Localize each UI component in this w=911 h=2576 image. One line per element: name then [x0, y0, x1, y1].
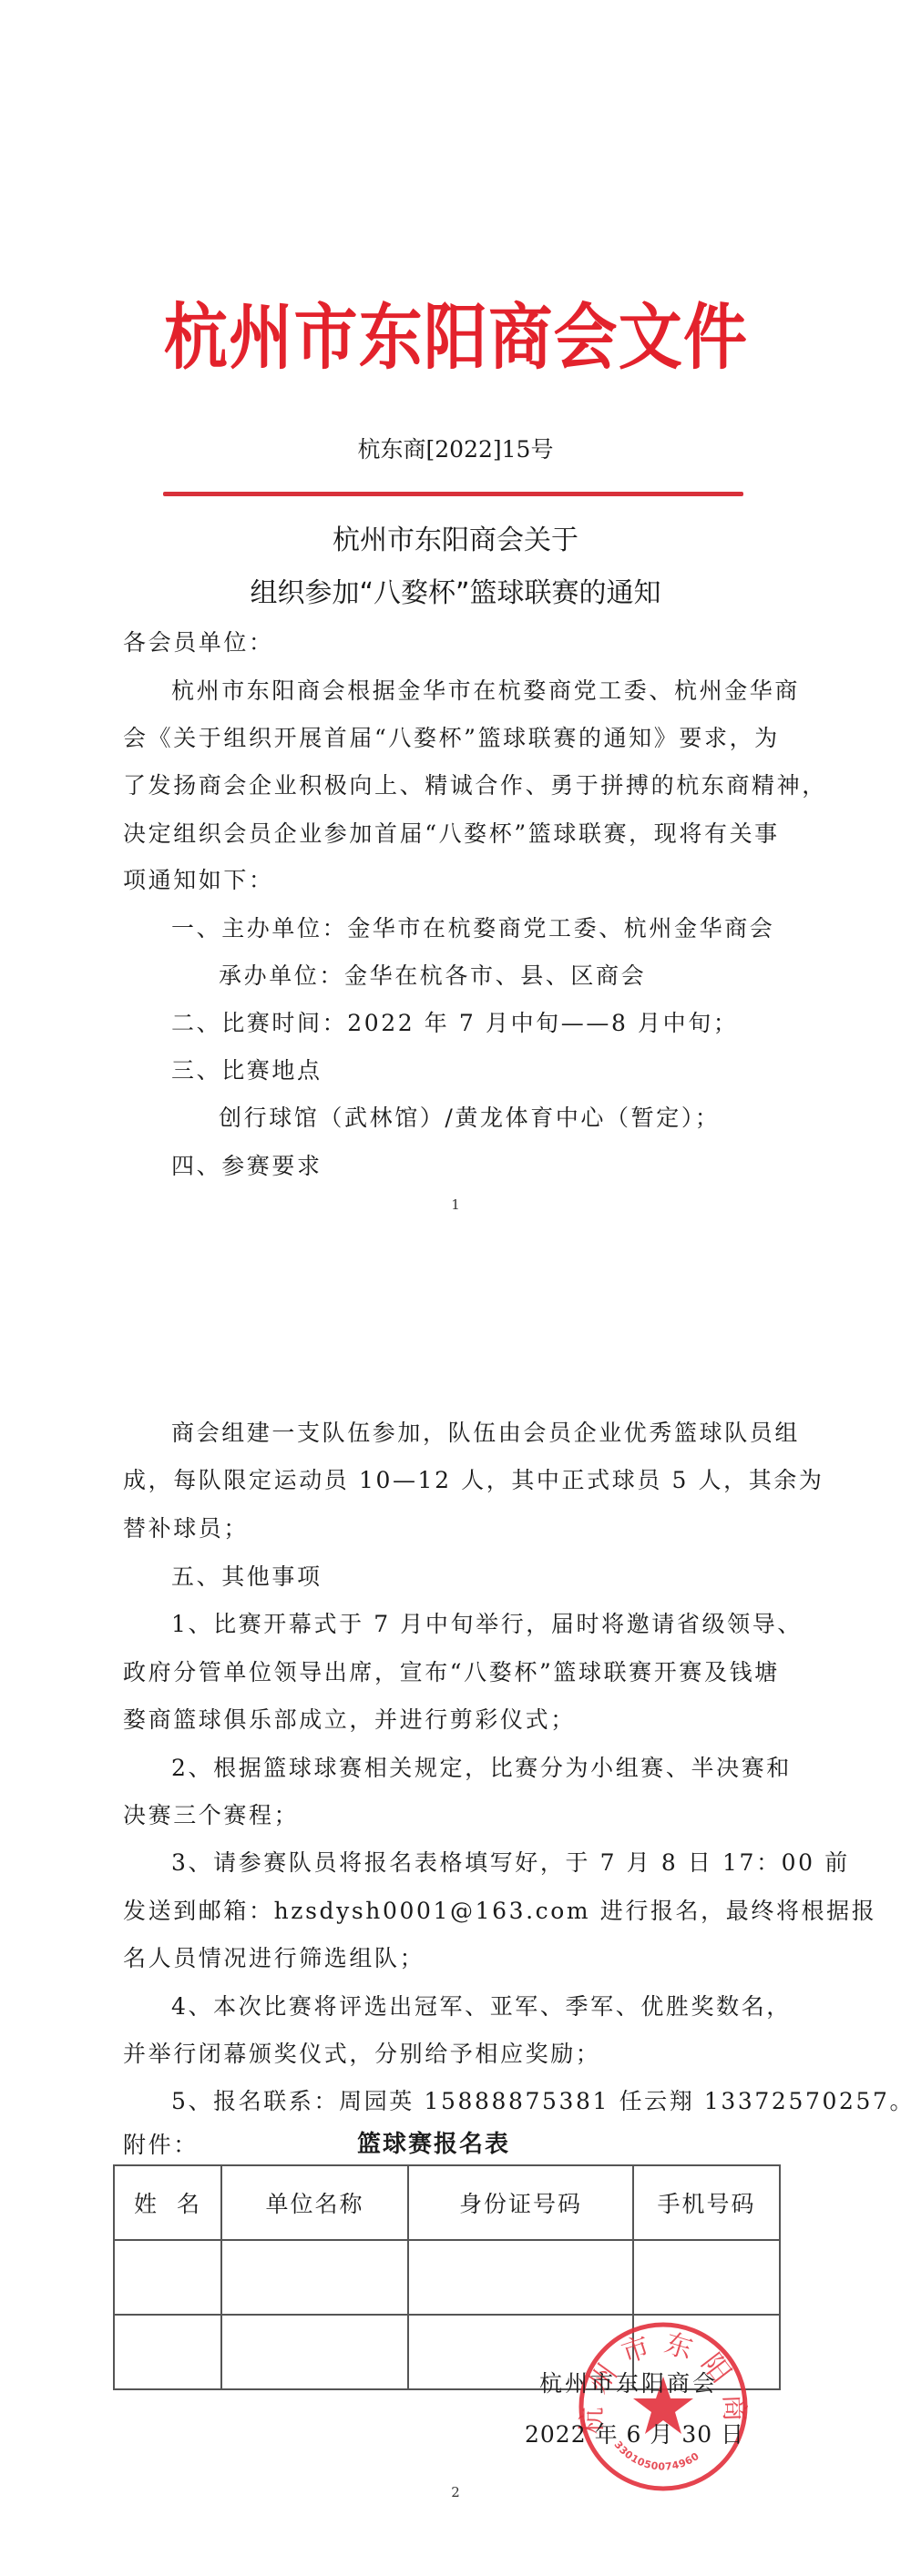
item-organizer: 承办单位：金华在杭各市、县、区商会 [219, 958, 646, 991]
item-time: 二、比赛时间：2022 年 7 月中旬——8 月中旬； [171, 1005, 738, 1038]
letterhead-char: 商 [488, 280, 552, 382]
other-line: 发送到邮箱：hzsdysh0001@163.com 进行报名，最终将根据报 [123, 1893, 876, 1926]
other-line: 婺商篮球俱乐部成立，并进行剪彩仪式； [123, 1702, 576, 1735]
table-cell-id-number[interactable] [408, 2240, 633, 2315]
letterhead-char: 州 [229, 280, 292, 382]
red-divider [163, 492, 743, 496]
attachment-label: 附件： [123, 2127, 199, 2160]
table-cell-name[interactable] [114, 2240, 221, 2315]
item-venue-heading: 三、比赛地点 [171, 1053, 322, 1085]
table-cell-unit[interactable] [221, 2315, 408, 2389]
salutation: 各会员单位： [123, 625, 274, 657]
letterhead-char: 市 [294, 280, 358, 382]
intro-line: 会《关于组织开展首届“八婺杯”篮球联赛的通知》要求，为 [123, 720, 780, 753]
other-line: 3、请参赛队员将报名表格填写好，于 7 月 8 日 17：00 前 [171, 1845, 850, 1878]
requirement-line: 成，每队限定运动员 10—12 人，其中正式球员 5 人，其余为 [123, 1462, 824, 1495]
other-line: 决赛三个赛程； [123, 1797, 299, 1830]
contact-line: 5、报名联系：周园英 15888875381 任云翔 13372570257。 [171, 2083, 911, 2116]
letterhead-char: 阳 [424, 280, 487, 382]
attachment-title: 篮球赛报名表 [357, 2125, 510, 2159]
letterhead-char: 件 [683, 280, 747, 382]
page-number: 1 [0, 1196, 911, 1213]
table-row [114, 2240, 780, 2315]
intro-line: 了发扬商会企业积极向上、精诚合作、勇于拼搏的杭东商精神， [123, 768, 827, 800]
column-header-id-number: 身份证号码 [408, 2165, 633, 2240]
page-number: 2 [0, 2484, 911, 2500]
letterhead-char: 东 [359, 280, 423, 382]
signature-organization: 杭州市东阳商会 [539, 2366, 718, 2398]
intro-line: 杭州市东阳商会根据金华市在杭婺商党工委、杭州金华商 [171, 673, 800, 706]
other-line: 4、本次比赛将评选出冠军、亚军、季军、优胜奖数名， [171, 1989, 792, 2021]
column-header-name: 姓 名 [114, 2165, 221, 2240]
official-seal-stamp: 杭州市东阳商会 3301050074960 [577, 2320, 750, 2493]
table-cell-phone[interactable] [633, 2240, 780, 2315]
notice-title-line1: 杭州市东阳商会关于 [0, 517, 911, 557]
item-venue: 创行球馆（武林馆）/黄龙体育中心（暂定）； [219, 1100, 721, 1133]
document-number: 杭东商[2022]15号 [0, 432, 911, 464]
requirement-line: 商会组建一支队伍参加，队伍由会员企业优秀篮球队员组 [171, 1415, 800, 1448]
signature-date: 2022 年 6 月 30 日 [525, 2417, 744, 2449]
intro-line: 项通知如下： [123, 862, 274, 895]
other-line: 2、根据篮球球赛相关规定，比赛分为小组赛、半决赛和 [171, 1750, 792, 1783]
other-line: 并举行闭幕颁奖仪式，分别给予相应奖励； [123, 2036, 600, 2069]
other-line: 1、比赛开幕式于 7 月中旬举行，届时将邀请省级领导、 [171, 1606, 803, 1639]
table-header-row: 姓 名 单位名称 身份证号码 手机号码 [114, 2165, 780, 2240]
other-line: 名人员情况进行筛选组队； [123, 1940, 425, 1973]
item-other-heading: 五、其他事项 [171, 1559, 322, 1592]
notice-title-line2: 组织参加“八婺杯”篮球联赛的通知 [0, 570, 911, 610]
red-letterhead-title: 杭 州 市 东 阳 商 会 文 件 [164, 289, 747, 374]
column-header-phone: 手机号码 [633, 2165, 780, 2240]
letterhead-char: 文 [619, 280, 682, 382]
intro-line: 决定组织会员企业参加首届“八婺杯”篮球联赛，现将有关事 [123, 816, 780, 849]
letterhead-char: 杭 [164, 280, 228, 382]
column-header-unit: 单位名称 [221, 2165, 408, 2240]
item-host: 一、主办单位：金华市在杭婺商党工委、杭州金华商会 [171, 911, 774, 943]
table-cell-name[interactable] [114, 2315, 221, 2389]
letterhead-char: 会 [554, 280, 618, 382]
requirement-line: 替补球员； [123, 1511, 249, 1543]
table-cell-unit[interactable] [221, 2240, 408, 2315]
item-requirements-heading: 四、参赛要求 [171, 1148, 322, 1181]
other-line: 政府分管单位领导出席，宣布“八婺杯”篮球联赛开赛及钱塘 [123, 1655, 780, 1687]
